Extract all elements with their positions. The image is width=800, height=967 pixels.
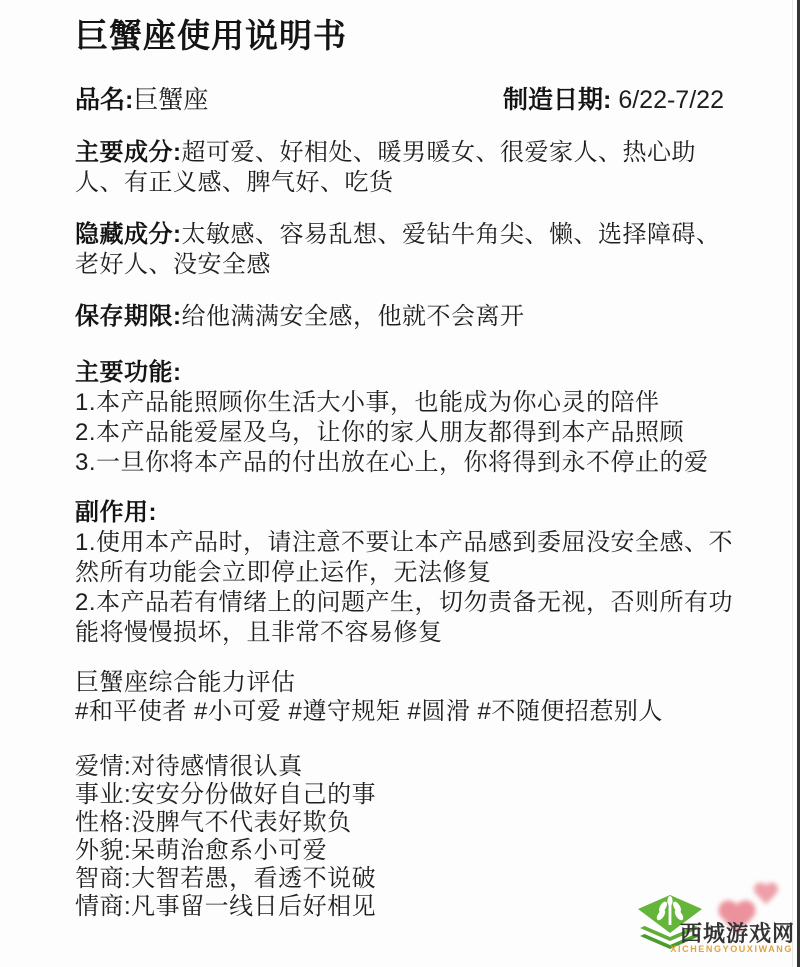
trait-row: 性格:没脾气不代表好欺负 [75,809,740,837]
side-effect-item: 2.本产品若有情绪上的问题产生，切勿责备无视，否则所有功能将慢慢损坏，且非常不容… [75,588,740,648]
assessment-hashtags: #和平使者 #小可爱 #遵守规矩 #圆滑 #不随便招惹别人 [75,697,740,726]
shelf-life-text: 给他满满安全感，他就不会离开 [182,303,525,330]
side-effect-item: 1.使用本产品时，请注意不要让本产品感到委屈没安全感、不然所有功能会立即停止运作… [75,528,740,588]
meta-row: 品名:巨蟹座 制造日期:6/22-7/22 [75,85,740,116]
section-side-effects: 副作用: 1.使用本产品时，请注意不要让本产品感到委屈没安全感、不然所有功能会立… [75,498,740,648]
product-name-value: 巨蟹座 [133,86,208,114]
main-function-item: 1.本产品能照顾你生活大小事，也能成为你心灵的陪伴 [75,388,740,418]
trait-label: 爱情: [75,753,131,780]
document-content: 巨蟹座使用说明书 品名:巨蟹座 制造日期:6/22-7/22 主要成分:超可爱、… [75,0,740,921]
trait-text: 凡事留一线日后好相见 [131,893,376,920]
section-main-ingredients: 主要成分:超可爱、好相处、暖男暖女、很爱家人、热心助人、有正义感、脾气好、吃货 [75,138,740,198]
main-function-item: 2.本产品能爱屋及乌，让你的家人朋友都得到本产品照顾 [75,418,740,448]
trait-row: 外貌:呆萌治愈系小可爱 [75,837,740,865]
side-effects-heading: 副作用: [75,498,740,528]
trait-text: 呆萌治愈系小可爱 [131,837,327,864]
main-function-item: 3.一旦你将本产品的付出放在心上，你将得到永不停止的爱 [75,448,740,478]
shelf-life-label: 保存期限: [75,303,182,330]
manufacture-date: 制造日期:6/22-7/22 [503,85,724,116]
section-hidden-ingredients: 隐藏成分:太敏感、容易乱想、爱钻牛角尖、懒、选择障碍、老好人、没安全感 [75,220,740,280]
trait-text: 没脾气不代表好欺负 [131,809,352,836]
trait-text: 安安分份做好自己的事 [131,781,376,808]
trait-label: 智商: [75,865,131,892]
document-title: 巨蟹座使用说明书 [75,16,740,56]
trait-text: 对待感情很认真 [131,753,303,780]
trait-label: 事业: [75,781,131,808]
manufacture-date-label: 制造日期: [503,86,611,114]
trait-row: 事业:安安分份做好自己的事 [75,781,740,809]
document-page: 巨蟹座使用说明书 品名:巨蟹座 制造日期:6/22-7/22 主要成分:超可爱、… [0,0,800,967]
assessment-title: 巨蟹座综合能力评估 [75,668,740,697]
right-edge-faint-line [792,0,793,967]
trait-label: 性格: [75,809,131,836]
main-ingredients-label: 主要成分: [75,139,182,166]
trait-label: 外貌: [75,837,131,864]
section-main-functions: 主要功能: 1.本产品能照顾你生活大小事，也能成为你心灵的陪伴 2.本产品能爱屋… [75,358,740,478]
section-assessment: 巨蟹座综合能力评估 #和平使者 #小可爱 #遵守规矩 #圆滑 #不随便招惹别人 [75,668,740,726]
hidden-ingredients-label: 隐藏成分: [75,221,182,248]
trait-text: 大智若愚，看透不说破 [131,865,376,892]
site-name-latin: XICHENGYOUXIWANG [670,944,793,954]
trait-row: 爱情:对待感情很认真 [75,753,740,781]
main-functions-heading: 主要功能: [75,358,740,388]
manufacture-date-value: 6/22-7/22 [618,86,724,114]
heart-icon [753,883,779,909]
product-name-label: 品名: [75,86,133,114]
trait-label: 情商: [75,893,131,920]
section-shelf-life: 保存期限:给他满满安全感，他就不会离开 [75,302,740,332]
watermark-logo: 西城游戏网 XICHENGYOUXIWANG [621,881,797,965]
